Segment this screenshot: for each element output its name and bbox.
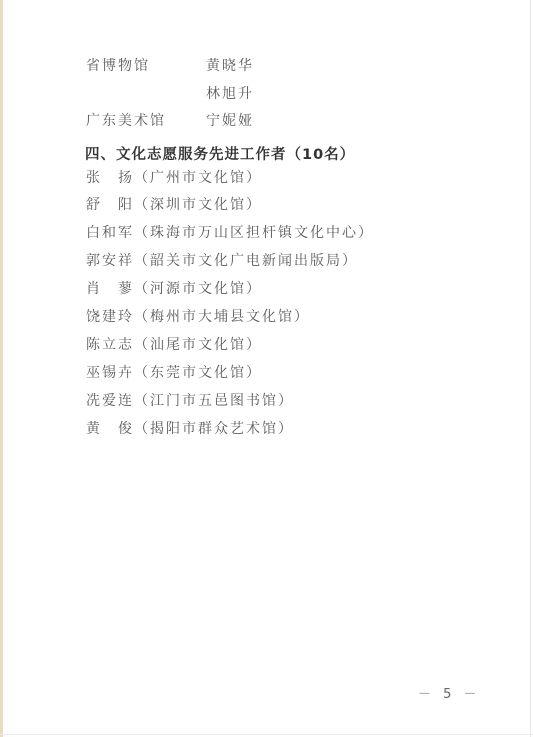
org-label: （汕尾市文化馆） (134, 337, 262, 353)
list-item: 郭安祥（韶关市文化广电新闻出版局） (86, 252, 358, 270)
list-item: 黄 俊（揭阳市群众艺术馆） (86, 420, 294, 438)
org-label: （江门市五邑图书馆） (134, 393, 294, 409)
org-label: 广东美术馆 (86, 112, 166, 130)
org-label: （广州市文化馆） (134, 170, 262, 186)
person-name: 陈立志 (86, 337, 134, 353)
person-name: 宁妮娅 (206, 112, 254, 130)
page-edge-bottom (0, 734, 533, 735)
person-name: 林旭升 (206, 85, 254, 103)
person-name: 白和军 (86, 225, 134, 241)
person-name: 黄 俊 (86, 421, 134, 437)
list-item: 饶建玲（梅州市大埔县文化馆） (86, 308, 310, 326)
person-name: 饶建玲 (86, 309, 134, 325)
org-label: 省博物馆 (86, 57, 150, 75)
org-label: （梅州市大埔县文化馆） (134, 309, 310, 325)
org-label: （东莞市文化馆） (134, 365, 262, 381)
org-label: （深圳市文化馆） (134, 197, 262, 213)
org-label: （河源市文化馆） (134, 281, 262, 297)
list-item: 巫锡卉（东莞市文化馆） (86, 364, 262, 382)
person-name: 巫锡卉 (86, 365, 134, 381)
org-label: （珠海市万山区担杆镇文化中心） (134, 225, 374, 241)
list-item: 舒 阳（深圳市文化馆） (86, 196, 262, 214)
org-label: （揭阳市群众艺术馆） (134, 421, 294, 437)
list-item: 白和军（珠海市万山区担杆镇文化中心） (86, 224, 374, 242)
page-edge-right (530, 0, 531, 737)
list-item: 冼爱连（江门市五邑图书馆） (86, 392, 294, 410)
section-heading: 四、文化志愿服务先进工作者（10名） (85, 143, 355, 164)
person-name: 黄晓华 (206, 57, 254, 75)
page-edge-left (0, 0, 3, 737)
person-name: 冼爱连 (86, 393, 134, 409)
page-number: － 5 － (418, 683, 481, 702)
org-label: （韶关市文化广电新闻出版局） (134, 253, 358, 269)
person-name: 舒 阳 (86, 197, 134, 213)
list-item: 肖 蓼（河源市文化馆） (86, 280, 262, 298)
person-name: 张 扬 (86, 170, 134, 186)
list-item: 张 扬（广州市文化馆） (86, 169, 262, 187)
list-item: 陈立志（汕尾市文化馆） (86, 336, 262, 354)
person-name: 肖 蓼 (86, 281, 134, 297)
person-name: 郭安祥 (86, 253, 134, 269)
